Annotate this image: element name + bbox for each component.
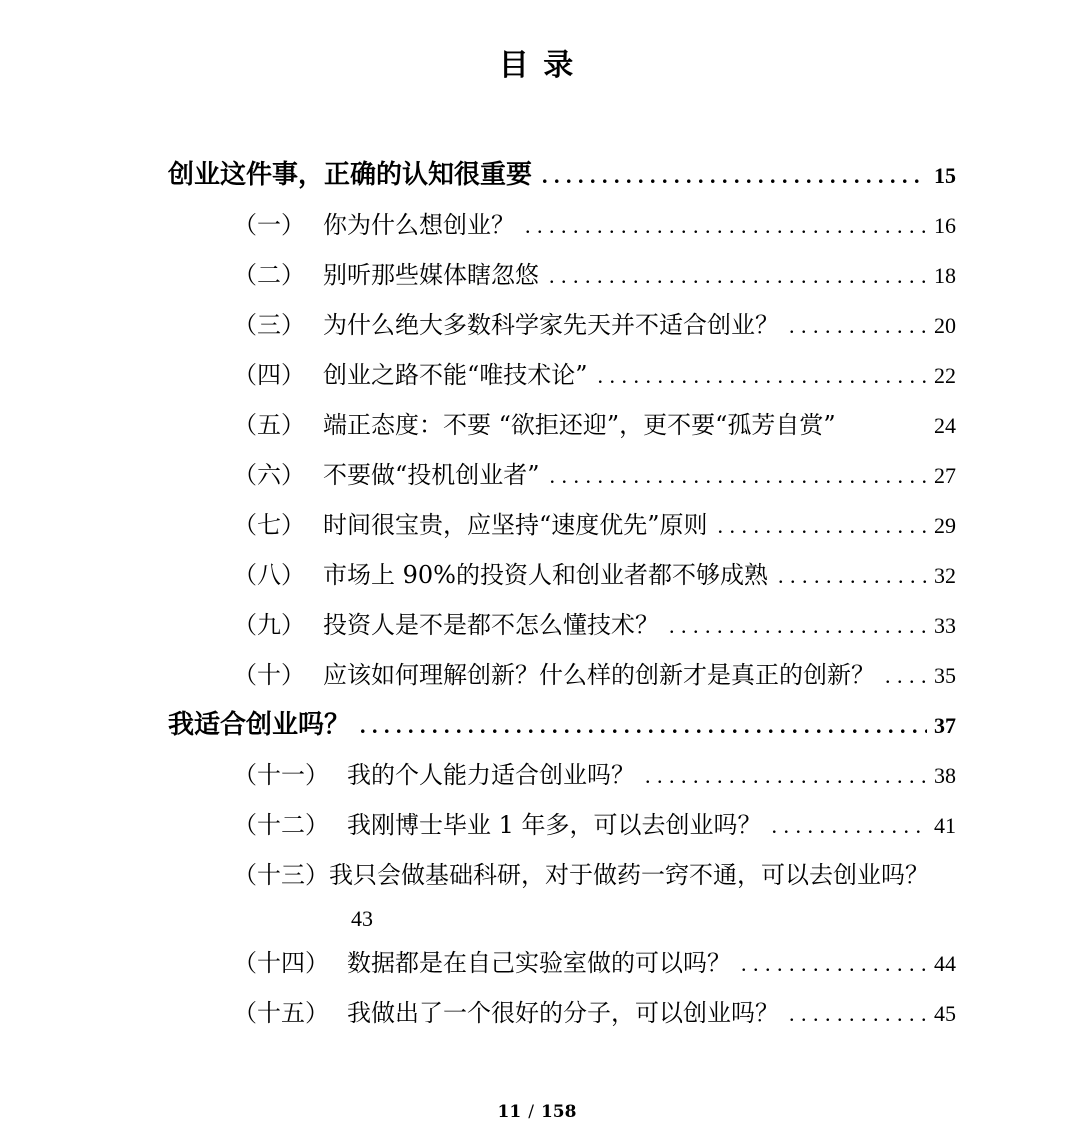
toc-page-number: 16	[934, 201, 956, 251]
toc-entry[interactable]: （六）不要做“投机创业者”...........................…	[168, 450, 956, 500]
toc-entry[interactable]: （一）你为什么想创业？.............................…	[168, 200, 956, 250]
toc-entry-number: （一）	[233, 200, 305, 250]
toc-page-number: 44	[934, 939, 956, 989]
toc-title: 目 录	[0, 40, 1074, 84]
toc-leader-dots: ........................................…	[549, 251, 927, 301]
toc-page-number: 29	[934, 501, 956, 551]
toc-page-number: 32	[934, 551, 956, 601]
toc-page-number: 43	[351, 906, 373, 931]
footer-current-page: 11	[498, 1102, 522, 1122]
toc-entry[interactable]: （十四）数据都是在自己实验室做的可以吗？....................…	[168, 938, 956, 988]
toc-page-number: 24	[934, 401, 956, 451]
toc-entry[interactable]: （十）应该如何理解创新？什么样的创新才是真正的创新？..............…	[168, 650, 956, 700]
toc-leader-dots: ........................................…	[645, 751, 927, 801]
toc-entry-title: 数据都是在自己实验室做的可以吗？	[347, 938, 731, 988]
toc-list: 创业这件事，正确的认知很重要..........................…	[168, 150, 956, 1038]
toc-leader-dots: ........................................…	[669, 601, 927, 651]
toc-entry-number: （五）	[233, 400, 305, 450]
toc-entry-number: （六）	[233, 450, 305, 500]
toc-page-number: 18	[934, 251, 956, 301]
footer-separator: /	[528, 1102, 534, 1122]
toc-entry-title: 不要做“投机创业者”	[323, 450, 540, 500]
toc-entry[interactable]: （十五）我做出了一个很好的分子，可以创业吗？..................…	[168, 988, 956, 1038]
toc-entry-title: 创业这件事，正确的认知很重要	[168, 150, 532, 200]
toc-leader-dots: ........................................…	[550, 451, 927, 501]
toc-entry[interactable]: （十一）我的个人能力适合创业吗？........................…	[168, 750, 956, 800]
toc-page-number: 37	[934, 701, 956, 751]
toc-page-number: 45	[934, 989, 956, 1039]
toc-page-number: 27	[934, 451, 956, 501]
toc-leader-dots: ........................................…	[360, 701, 927, 751]
toc-entry-number: （十一）	[233, 750, 329, 800]
toc-page-number: 41	[934, 801, 956, 851]
footer-total-pages: 158	[541, 1102, 577, 1122]
toc-entry[interactable]: （四）创业之路不能“唯技术论”.........................…	[168, 350, 956, 400]
toc-entry-title: 我适合创业吗？	[168, 700, 350, 750]
toc-leader-dots: ........................................…	[598, 351, 927, 401]
toc-entry-title: 你为什么想创业？	[323, 200, 515, 250]
toc-entry[interactable]: （二）别听那些媒体瞎忽悠............................…	[168, 250, 956, 300]
toc-entry[interactable]: （八）市场上 90%的投资人和创业者都不够成熟.................…	[168, 550, 956, 600]
toc-leader-dots: ........................................…	[778, 551, 927, 601]
toc-entry-number: （十）	[233, 650, 305, 700]
toc-page-number: 15	[934, 151, 956, 201]
toc-leader-dots: ........................................…	[525, 201, 927, 251]
toc-entry-title: 投资人是不是都不怎么懂技术？	[323, 600, 659, 650]
toc-entry-title: 创业之路不能“唯技术论”	[323, 350, 588, 400]
toc-entry-number: （十三）	[233, 850, 329, 900]
toc-entry-number: （九）	[233, 600, 305, 650]
toc-entry[interactable]: 我适合创业吗？.................................…	[168, 700, 956, 750]
toc-leader-dots: ........................................…	[741, 939, 927, 989]
toc-leader-dots: ........................................…	[789, 989, 927, 1039]
toc-page-number: 35	[934, 651, 956, 701]
toc-entry-number: （十五）	[233, 988, 329, 1038]
toc-entry-title: 我的个人能力适合创业吗？	[347, 750, 635, 800]
toc-leader-dots: ........................................…	[542, 151, 927, 201]
toc-entry-number: （十二）	[233, 800, 329, 850]
toc-page-number: 38	[934, 751, 956, 801]
toc-entry[interactable]: （五）端正态度：不要 “欲拒还迎”，更不要“孤芳自赏”24	[168, 400, 956, 450]
toc-entry[interactable]: 创业这件事，正确的认知很重要..........................…	[168, 150, 956, 200]
page-footer: 11/158	[0, 1102, 1074, 1122]
toc-leader-dots: ........................................…	[885, 651, 927, 701]
toc-entry-number: （二）	[233, 250, 305, 300]
toc-leader-dots: ........................................…	[772, 801, 927, 851]
toc-entry[interactable]: （十二）我刚博士毕业 1 年多，可以去创业吗？.................…	[168, 800, 956, 850]
toc-entry[interactable]: （十三）我只会做基础科研，对于做药一窍不通，可以去创业吗？43	[168, 850, 956, 938]
toc-entry-title: 我刚博士毕业 1 年多，可以去创业吗？	[347, 800, 762, 850]
toc-page-number: 22	[934, 351, 956, 401]
toc-leader-dots: ........................................…	[718, 501, 927, 551]
toc-entry-title: 别听那些媒体瞎忽悠	[323, 250, 539, 300]
toc-entry-number: （三）	[233, 300, 305, 350]
toc-entry[interactable]: （三）为什么绝大多数科学家先天并不适合创业？..................…	[168, 300, 956, 350]
toc-entry[interactable]: （九）投资人是不是都不怎么懂技术？.......................…	[168, 600, 956, 650]
toc-entry-title: 时间很宝贵，应坚持“速度优先”原则	[323, 500, 708, 550]
toc-entry-title: 市场上 90%的投资人和创业者都不够成熟	[323, 550, 768, 600]
toc-entry-title: 应该如何理解创新？什么样的创新才是真正的创新？	[323, 650, 875, 700]
toc-entry-title: 我只会做基础科研，对于做药一窍不通，可以去创业吗？	[329, 850, 929, 900]
toc-entry[interactable]: （七）时间很宝贵，应坚持“速度优先”原则....................…	[168, 500, 956, 550]
toc-page-number: 20	[934, 301, 956, 351]
toc-entry-number: （八）	[233, 550, 305, 600]
toc-entry-title: 端正态度：不要 “欲拒还迎”，更不要“孤芳自赏”	[323, 400, 836, 450]
toc-entry-number: （七）	[233, 500, 305, 550]
toc-page-number: 33	[934, 601, 956, 651]
toc-leader-dots: ........................................…	[789, 301, 927, 351]
toc-entry-number: （十四）	[233, 938, 329, 988]
toc-entry-title: 我做出了一个很好的分子，可以创业吗？	[347, 988, 779, 1038]
toc-entry-number: （四）	[233, 350, 305, 400]
toc-entry-title: 为什么绝大多数科学家先天并不适合创业？	[323, 300, 779, 350]
